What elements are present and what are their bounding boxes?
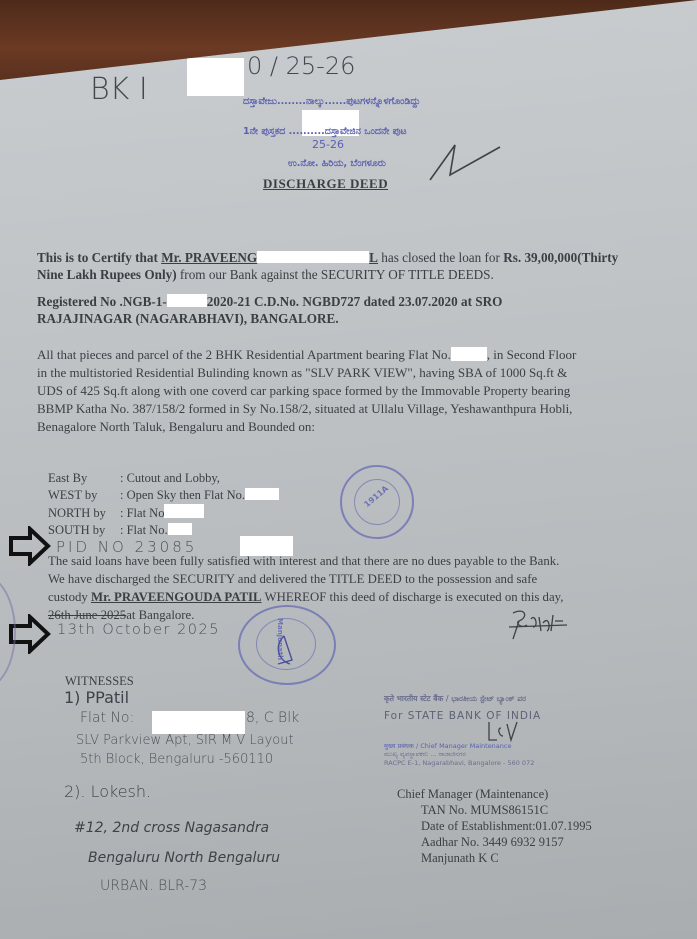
bank-stamp-officer-line-3: RACPC E-1, Nagarabhavi, Bangalore - 560 … [384, 759, 534, 767]
kannada-stamp-line-1: ದಸ್ತಾವೇಜು........ನಾಲ್ಕು......ಪುಟಗಳನ್ನೊಳಗ… [243, 96, 420, 107]
redacted-south-flat [168, 523, 192, 535]
margin-seal-fragment-icon [0, 575, 16, 689]
bank-stamp-officer-line-1: मुख्य प्रबंधक / Chief Manager Maintenanc… [384, 741, 511, 750]
boundary-east: East By: Cutout and Lobby, [48, 470, 279, 487]
witness-1-address-line-2: SLV Parkview Apt, SIR M V Layout [76, 733, 294, 748]
witness-1-address-line-3: 5th Block, Bengaluru -560110 [80, 752, 273, 767]
redacted-document-number [187, 58, 244, 96]
certify-text: has closed the loan for [378, 250, 503, 265]
kannada-stamp-line-2: 1ನೇ ಪುಸ್ತಕದ ..........ದಸ್ತಾವೇಜಿನ ಒಂದನೇ ಪ… [243, 126, 407, 137]
witness-1-address-line-1b: 8, C Blk [246, 710, 299, 726]
officer-name: Manjunath K C [397, 850, 592, 866]
certify-intro: This is to Certify that [37, 250, 158, 265]
redacted-flat-number [451, 347, 487, 361]
witness-1-name: 1) PPatil [64, 688, 129, 707]
redacted-north-flat [164, 504, 204, 518]
redacted-registration-number [167, 294, 207, 307]
registration-details: Registered No .NGB-1-2020-21 C.D.No. NGB… [37, 294, 687, 327]
redacted-west-flat [245, 488, 279, 500]
property-line: , in Second Floor [487, 347, 577, 362]
officer-tan: TAN No. MUMS86151C [397, 802, 592, 818]
certify-text-2: from our Bank against the SECURITY OF TI… [177, 267, 494, 282]
bank-stamp-officer-line-2: ಮುಖ್ಯ ವ್ಯವಸ್ಥಾಪಕರು ... ರಾಜಾಜಿನಗರ [384, 750, 466, 759]
handwritten-book-prefix: BK I [90, 72, 148, 107]
boundary-west: WEST by: Open Sky then Flat No. [48, 487, 279, 504]
satisfaction-line: The said loans have been fully satisfied… [48, 554, 559, 568]
page-title: DISCHARGE DEED [263, 176, 388, 192]
kannada-stamp-year: 25-26 [312, 138, 344, 151]
property-line: Benagalore North Taluk, Bengaluru and Bo… [37, 419, 315, 434]
property-line: in the multistoried Residential Bulindin… [37, 365, 567, 380]
kannada-stamp-line-3: ಉ.ನೋ. ಹಿರಿಯ, ಬೆಂಗಳೂರು [288, 158, 386, 169]
redacted-witness-flat [152, 711, 245, 734]
borrower-name-end: L [369, 250, 378, 265]
witness-1-address-line-1: Flat No: [80, 710, 134, 726]
registration-office: RAJAJINAGAR (NAGARABHAVI), BANGALORE. [37, 311, 339, 326]
registration-suffix: 2020-21 C.D.No. NGBD727 dated 23.07.2020… [207, 294, 503, 309]
property-line: UDS of 425 Sq.ft along with one coverd c… [37, 383, 570, 398]
officer-designation: Chief Manager (Maintenance) [397, 786, 592, 802]
certify-paragraph: This is to Certify that Mr. PRAVEENGL ha… [37, 250, 687, 283]
bank-seal-1-inner-icon [354, 479, 400, 525]
property-description: All that pieces and parcel of the 2 BHK … [37, 346, 692, 436]
witnesses-heading: WITNESSES [65, 674, 134, 689]
satisfaction-line: We have discharged the SECURITY and deli… [48, 572, 537, 586]
witness-2-name: 2). Lokesh. [64, 782, 151, 801]
registrar-signature-icon [425, 105, 505, 185]
property-line: BBMP Katha No. 387/158/2 formed in Sy No… [37, 401, 572, 416]
borrower-name-start: Mr. PRAVEENG [161, 250, 257, 265]
loan-amount-words: Nine Lakh Rupees Only) [37, 267, 177, 282]
boundaries-list: East By: Cutout and Lobby, WEST by: Open… [48, 470, 279, 539]
place: at Bangalore. [126, 608, 194, 622]
struck-original-date: 26th June 2025 [48, 608, 126, 622]
custody-prefix: custody [48, 590, 91, 604]
officer-aadhar: Aadhar No. 3449 6932 9157 [397, 834, 592, 850]
custody-suffix: WHEREOF this deed of discharge is execut… [262, 590, 564, 604]
bank-stamp-regional-line: कृते भारतीय स्टेट बैंक / ಭಾರತೀಯ ಸ್ಟೇಟ್ ಬ… [384, 694, 526, 704]
customer-signature-icon [505, 605, 575, 645]
satisfaction-paragraph: The said loans have been fully satisfied… [48, 552, 688, 624]
boundary-north: NORTH by: Flat No [48, 504, 279, 522]
registration-prefix: Registered No .NGB-1- [37, 294, 167, 309]
witness-2-address-line-2: Bengaluru North Bengaluru [88, 850, 280, 866]
officer-details: Chief Manager (Maintenance) TAN No. MUMS… [397, 786, 592, 866]
officer-establishment-date: Date of Establishment:01.07.1995 [397, 818, 592, 834]
document-page: BK I 0 / 25-26 ದಸ್ತಾವೇಜು........ನಾಲ್ಕು..… [0, 0, 697, 939]
custody-name: Mr. PRAVEENGOUDA PATIL [91, 590, 262, 604]
pointer-arrow-pid-icon [8, 526, 52, 566]
witness-2-address-line-1: #12, 2nd cross Nagasandra [74, 820, 269, 836]
seal-signature-icon [270, 630, 310, 670]
loan-amount: Rs. 39,00,000(Thirty [503, 250, 618, 265]
handwritten-new-date: 13th October 2025 [57, 622, 220, 638]
redacted-borrower-name [257, 251, 369, 263]
witness-2-address-line-3: URBAN. BLR-73 [100, 878, 207, 894]
property-line: All that pieces and parcel of the 2 BHK … [37, 347, 451, 362]
handwritten-document-number: 0 / 25-26 [247, 52, 355, 80]
